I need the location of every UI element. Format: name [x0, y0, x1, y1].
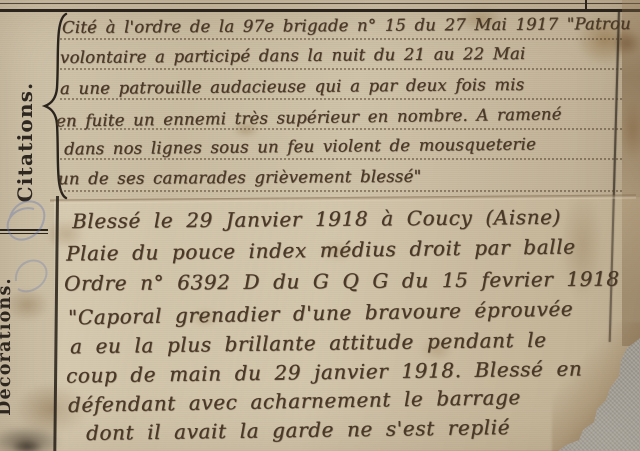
record-page-paper: et actions d'éclat. Citations. Décoratio… — [0, 0, 640, 451]
torn-corner-shade — [552, 322, 640, 451]
decoration-line: Ordre n° 6392 D du G Q G du 15 fevrier 1… — [64, 266, 620, 297]
citation-line: volontaire a participé dans la nuit du 2… — [60, 43, 526, 69]
ruled-dotted-line — [60, 68, 622, 70]
decoration-line: Blessé le 29 Janvier 1918 à Coucy (Aisne… — [72, 204, 561, 234]
blue-pencil-mark — [0, 185, 60, 305]
ruled-dotted-line — [60, 190, 622, 192]
citation-line: Cité à l'ordre de la 97e brigade n° 15 d… — [62, 13, 631, 39]
citation-line: dans nos lignes sous un feu violent de m… — [64, 134, 536, 161]
column-divider-tick — [585, 0, 587, 10]
top-border-thin — [0, 3, 640, 4]
citation-line: un de ses camarades grièvement blessé" — [58, 166, 421, 191]
citation-line: a une patrouille audacieuse qui a par de… — [60, 74, 525, 100]
photo-fabric-background: et actions d'éclat. Citations. Décoratio… — [0, 0, 640, 451]
top-border-thick — [0, 9, 640, 12]
